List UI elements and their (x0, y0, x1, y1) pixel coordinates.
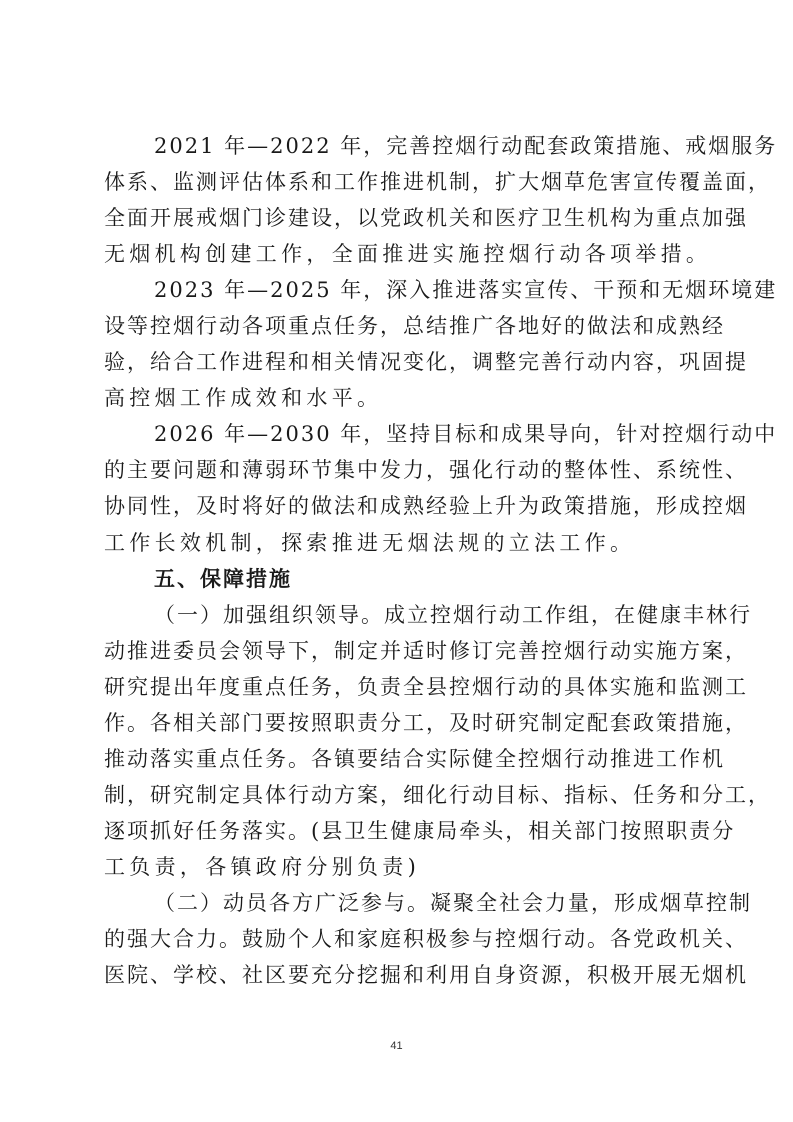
paragraph-5-line-3: 医院、学校、社区要充分挖掘和利用自身资源，积极开展无烟机 (104, 957, 692, 993)
paragraph-4-line-6: 制，研究制定具体行动方案，细化行动目标、指标、任务和分工， (104, 777, 692, 813)
text-line: 推动落实重点任务。各镇要结合实际健全控烟行动推进工作机 (104, 741, 692, 777)
paragraph-4-line-7: 逐项抓好任务落实。(县卫生健康局牵头，相关部门按照职责分 (104, 813, 692, 849)
text-line: 逐项抓好任务落实。(县卫生健康局牵头，相关部门按照职责分 (104, 813, 692, 849)
paragraph-4-line-1: （一）加强组织领导。成立控烟行动工作组，在健康丰林行 (104, 597, 692, 633)
paragraph-5-line-2: 的强大合力。鼓励个人和家庭积极参与控烟行动。各党政机关、 (104, 921, 692, 957)
text-line: 无烟机构创建工作，全面推进实施控烟行动各项举措。 (104, 236, 692, 272)
document-page: 2021 年—2022 年，完善控烟行动配套政策措施、戒烟服务 体系、监测评估体… (0, 0, 793, 1122)
paragraph-3-line-1: 2026 年—2030 年，坚持目标和成果导向，针对控烟行动中 (104, 416, 692, 452)
text-line: 设等控烟行动各项重点任务，总结推广各地好的做法和成熟经 (104, 308, 692, 344)
text-line: （二）动员各方广泛参与。凝聚全社会力量，形成烟草控制 (154, 885, 692, 921)
text-line: 动推进委员会领导下，制定并适时修订完善控烟行动实施方案， (104, 633, 692, 669)
paragraph-2-line-4: 高控烟工作成效和水平。 (104, 380, 692, 416)
section-heading: 五、保障措施 (104, 561, 692, 597)
text-line: 研究提出年度重点任务，负责全县控烟行动的具体实施和监测工 (104, 669, 692, 705)
body-text: 2021 年—2022 年，完善控烟行动配套政策措施、戒烟服务 体系、监测评估体… (104, 128, 692, 993)
paragraph-1-line-4: 无烟机构创建工作，全面推进实施控烟行动各项举措。 (104, 236, 692, 272)
text-line: （一）加强组织领导。成立控烟行动工作组，在健康丰林行 (154, 597, 692, 633)
text-line: 医院、学校、社区要充分挖掘和利用自身资源，积极开展无烟机 (104, 957, 692, 993)
text-line: 协同性，及时将好的做法和成熟经验上升为政策措施，形成控烟 (104, 488, 692, 524)
heading-text: 五、保障措施 (154, 561, 692, 597)
paragraph-1-line-1: 2021 年—2022 年，完善控烟行动配套政策措施、戒烟服务 (104, 128, 692, 164)
paragraph-3-line-3: 协同性，及时将好的做法和成熟经验上升为政策措施，形成控烟 (104, 488, 692, 524)
paragraph-2-line-3: 验，给合工作进程和相关情况变化，调整完善行动内容，巩固提 (104, 344, 692, 380)
text-line: 的强大合力。鼓励个人和家庭积极参与控烟行动。各党政机关、 (104, 921, 692, 957)
text-line: 工作长效机制，探索推进无烟法规的立法工作。 (104, 525, 692, 561)
paragraph-2-line-1: 2023 年—2025 年，深入推进落实宣传、干预和无烟环境建 (104, 272, 692, 308)
text-line: 验，给合工作进程和相关情况变化，调整完善行动内容，巩固提 (104, 344, 692, 380)
text-line: 高控烟工作成效和水平。 (104, 380, 692, 416)
paragraph-4-line-2: 动推进委员会领导下，制定并适时修订完善控烟行动实施方案， (104, 633, 692, 669)
text-line: 工负责，各镇政府分别负责) (104, 849, 692, 885)
paragraph-5-line-1: （二）动员各方广泛参与。凝聚全社会力量，形成烟草控制 (104, 885, 692, 921)
text-line: 制，研究制定具体行动方案，细化行动目标、指标、任务和分工， (104, 777, 692, 813)
page-number: 41 (0, 1040, 793, 1052)
text-line: 全面开展戒烟门诊建设，以党政机关和医疗卫生机构为重点加强 (104, 200, 692, 236)
paragraph-4-line-5: 推动落实重点任务。各镇要结合实际健全控烟行动推进工作机 (104, 741, 692, 777)
paragraph-3-line-4: 工作长效机制，探索推进无烟法规的立法工作。 (104, 525, 692, 561)
paragraph-3-line-2: 的主要问题和薄弱环节集中发力，强化行动的整体性、系统性、 (104, 452, 692, 488)
text-line: 2023 年—2025 年，深入推进落实宣传、干预和无烟环境建 (154, 272, 692, 308)
paragraph-4-line-4: 作。各相关部门要按照职责分工，及时研究制定配套政策措施， (104, 705, 692, 741)
paragraph-2-line-2: 设等控烟行动各项重点任务，总结推广各地好的做法和成熟经 (104, 308, 692, 344)
paragraph-4-line-3: 研究提出年度重点任务，负责全县控烟行动的具体实施和监测工 (104, 669, 692, 705)
text-line: 体系、监测评估体系和工作推进机制，扩大烟草危害宣传覆盖面， (104, 164, 692, 200)
text-line: 作。各相关部门要按照职责分工，及时研究制定配套政策措施， (104, 705, 692, 741)
paragraph-1-line-2: 体系、监测评估体系和工作推进机制，扩大烟草危害宣传覆盖面， (104, 164, 692, 200)
paragraph-4-line-8: 工负责，各镇政府分别负责) (104, 849, 692, 885)
text-line: 2021 年—2022 年，完善控烟行动配套政策措施、戒烟服务 (154, 128, 692, 164)
text-line: 的主要问题和薄弱环节集中发力，强化行动的整体性、系统性、 (104, 452, 692, 488)
paragraph-1-line-3: 全面开展戒烟门诊建设，以党政机关和医疗卫生机构为重点加强 (104, 200, 692, 236)
text-line: 2026 年—2030 年，坚持目标和成果导向，针对控烟行动中 (154, 416, 692, 452)
